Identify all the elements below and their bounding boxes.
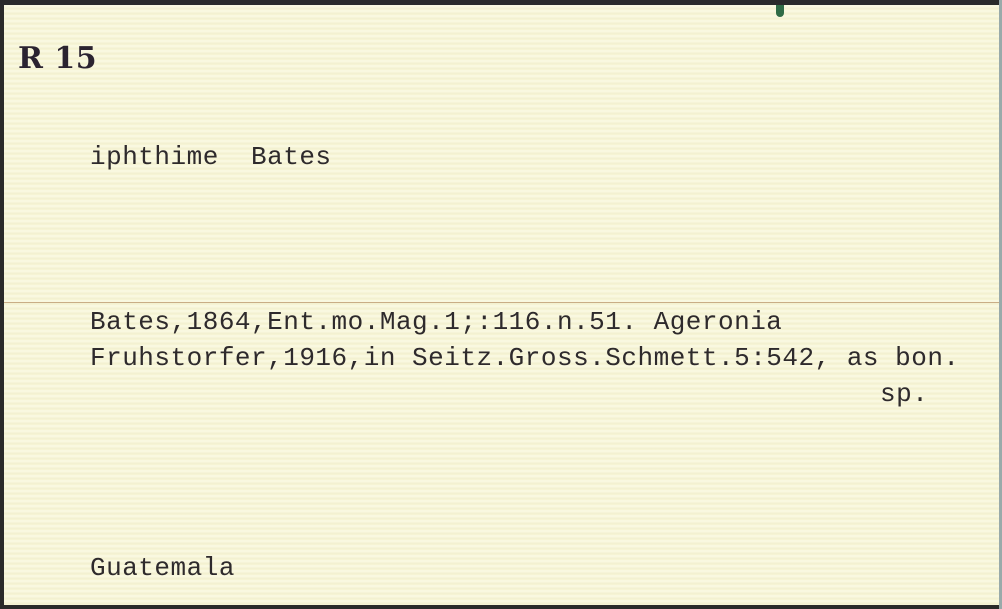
divider-rule	[4, 302, 1000, 303]
reference-line-2: Fruhstorfer,1916,in Seitz.Gross.Schmett.…	[90, 343, 960, 373]
index-card: R 15 iphthime Bates Bates,1864,Ent.mo.Ma…	[4, 5, 1000, 605]
card-code: R 15	[18, 41, 97, 76]
locality: Guatemala	[90, 553, 235, 583]
species-name: iphthime Bates	[90, 142, 332, 172]
reference-line-3: sp.	[880, 379, 928, 409]
reference-line-1: Bates,1864,Ent.mo.Mag.1;:116.n.51. Agero…	[90, 307, 782, 337]
card-tab-marker	[776, 5, 784, 17]
